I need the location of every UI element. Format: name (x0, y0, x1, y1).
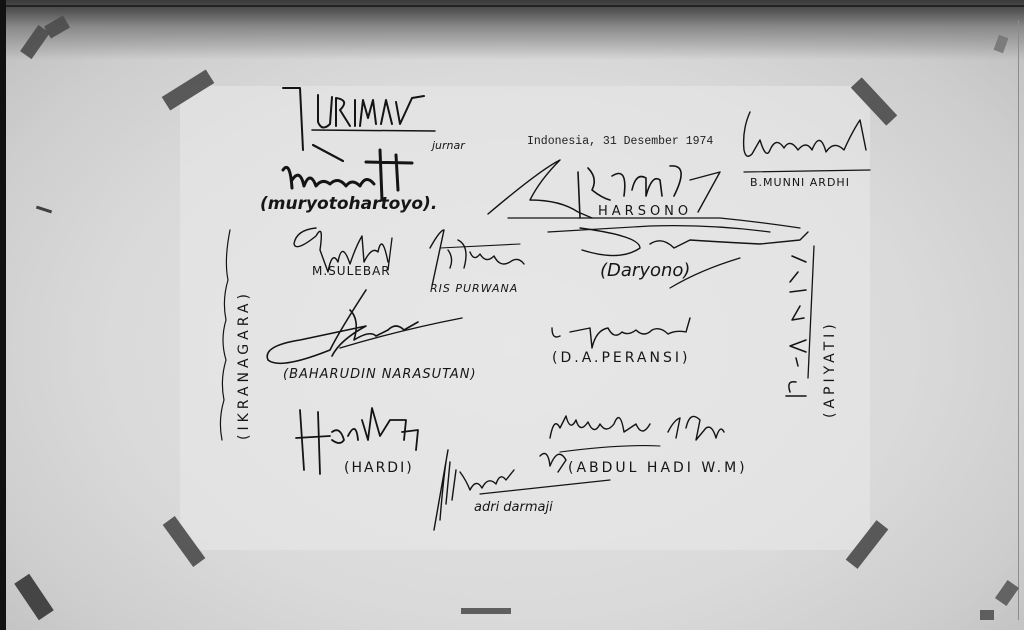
label-ris-purwana: RIS PURWANA (430, 282, 518, 295)
label-hardi: (HARDI) (344, 460, 414, 476)
label-b-munni-ardhi: B.MUNNI ARDHI (750, 176, 850, 189)
signature-strokes (0, 0, 1024, 630)
label-baharudin-narasutan: (BAHARUDIN NARASUTAN) (283, 367, 477, 382)
label-jurnar: jurnar (432, 139, 465, 152)
label-adri-darmaji: adri darmaji (474, 500, 553, 515)
dateline: Indonesia, 31 Desember 1974 (527, 135, 713, 148)
scanned-document: Indonesia, 31 Desember 1974 jurnar (mury… (0, 0, 1024, 630)
label-ikranagara: (IKRANAGARA) (236, 290, 252, 440)
label-d-a-peransi: (D.A.PERANSI) (552, 350, 690, 366)
label-daryono: (Daryono) (600, 260, 690, 281)
label-m-sulebar: M.SULEBAR (312, 264, 391, 278)
label-apiyati: (APIYATI) (822, 320, 838, 418)
label-abdul-hadi-wm: (ABDUL HADI W.M) (568, 460, 748, 476)
label-muryotohartoyo: (muryotohartoyo). (260, 194, 437, 214)
label-harsono: HARSONO (598, 204, 692, 219)
